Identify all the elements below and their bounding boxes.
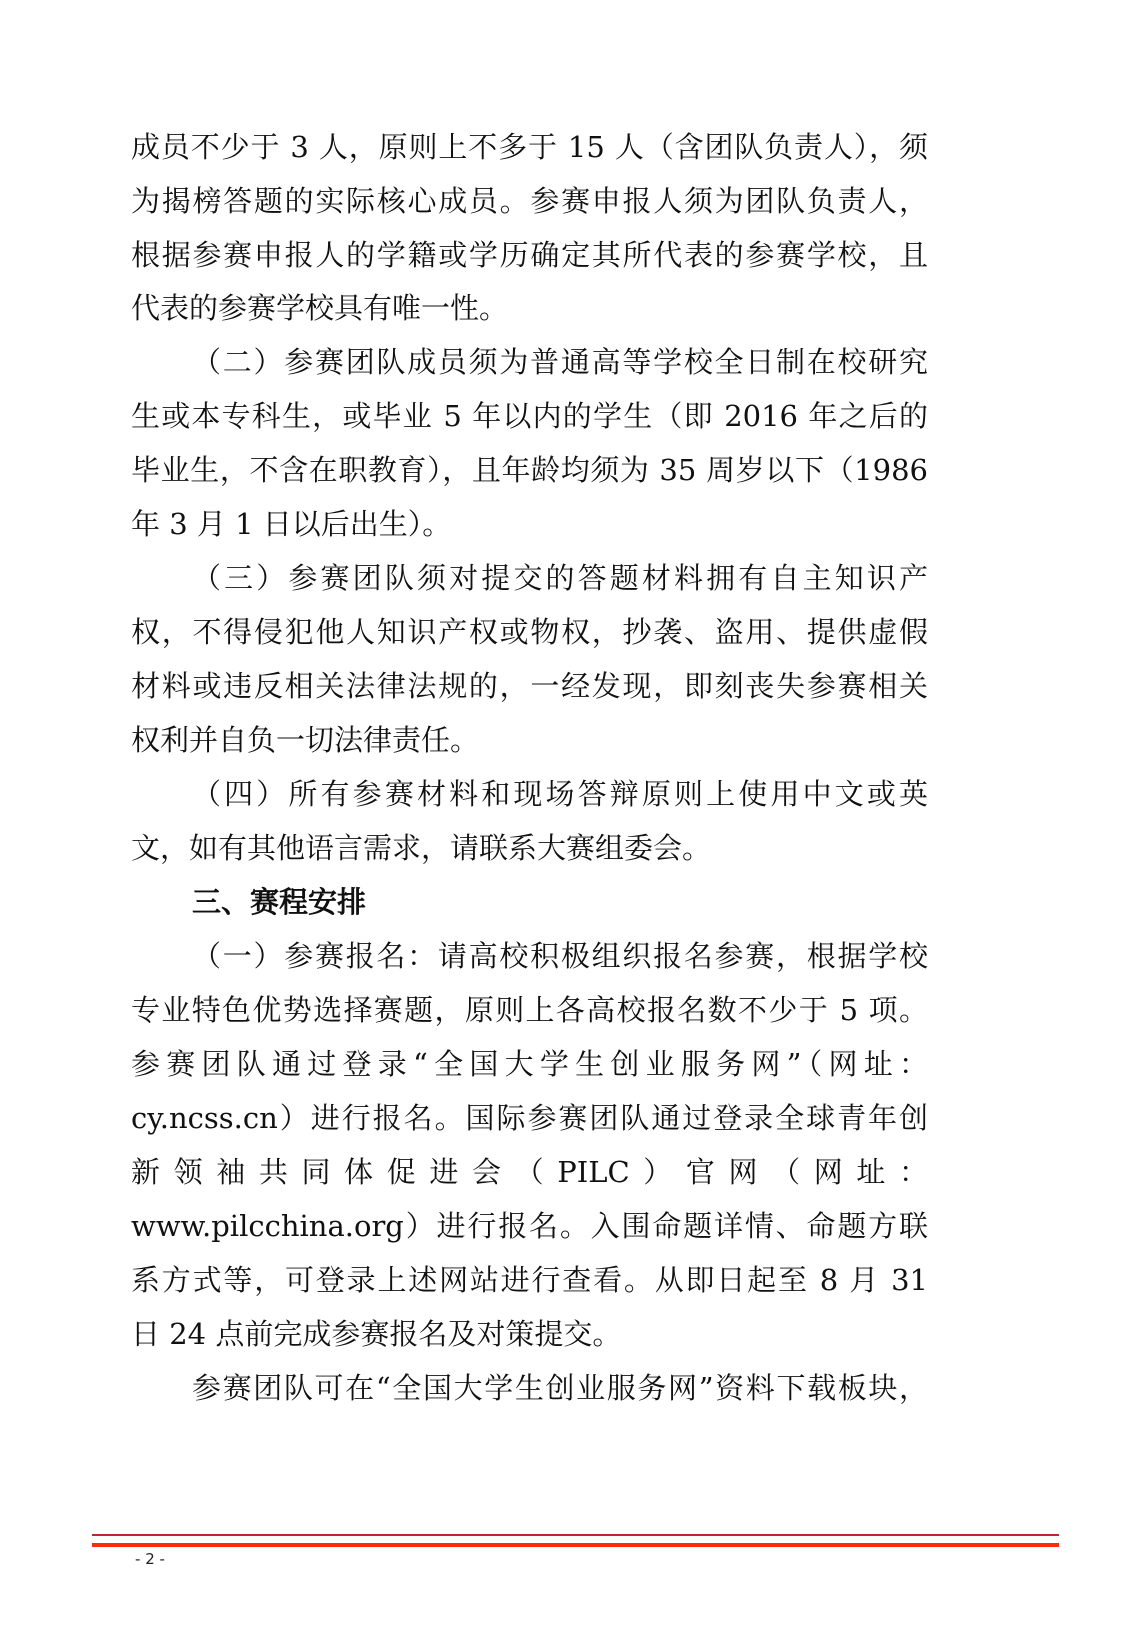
text-line: 毕业生，不含在职教育），且年龄均须为 35 周岁以下（1986 — [131, 450, 928, 490]
paragraph-start-line: 参赛团队可在“全国大学生创业服务网”资料下载板块， — [192, 1368, 928, 1408]
document-page: 成员不少于 3 人，原则上不多于 15 人（含团队负责人），须 为揭榜答题的实际… — [0, 0, 1136, 1634]
page-number: - 2 - — [130, 1550, 170, 1568]
text-line: 权，不得侵犯他人知识产权或物权，抄袭、盗用、提供虚假 — [131, 612, 928, 652]
footer-rule-thin — [92, 1534, 1059, 1536]
text-line: 权利并自负一切法律责任。 — [131, 720, 928, 760]
text-line: 材料或违反相关法律法规的，一经发现，即刻丧失参赛相关 — [131, 666, 928, 706]
text-line: 为揭榜答题的实际核心成员。参赛申报人须为团队负责人， — [131, 181, 928, 221]
text-line: 参赛团队通过登录“全国大学生创业服务网”（网址： — [131, 1044, 928, 1084]
paragraph-start-line: （一）参赛报名：请高校积极组织报名参赛，根据学校 — [192, 936, 928, 976]
text-line: 根据参赛申报人的学籍或学历确定其所代表的参赛学校，且 — [131, 235, 928, 275]
text-line: 文，如有其他语言需求，请联系大赛组委会。 — [131, 828, 928, 868]
paragraph-start-line: （四）所有参赛材料和现场答辩原则上使用中文或英 — [192, 774, 928, 814]
text-line: cy.ncss.cn）进行报名。国际参赛团队通过登录全球青年创 — [131, 1098, 928, 1138]
text-line: 日 24 点前完成参赛报名及对策提交。 — [131, 1314, 928, 1354]
paragraph-start-line: （三）参赛团队须对提交的答题材料拥有自主知识产 — [192, 558, 928, 598]
footer-rule-thick — [92, 1543, 1059, 1547]
paragraph-start-line: （二）参赛团队成员须为普通高等学校全日制在校研究 — [192, 342, 928, 382]
text-line: 生或本专科生，或毕业 5 年以内的学生（即 2016 年之后的 — [131, 396, 928, 436]
section-heading: 三、赛程安排 — [192, 882, 928, 922]
text-line: 系方式等，可登录上述网站进行查看。从即日起至 8 月 31 — [131, 1260, 928, 1300]
text-line: 新领袖共同体促进会（PILC）官网（网址： — [131, 1152, 928, 1192]
text-line: 代表的参赛学校具有唯一性。 — [131, 288, 928, 328]
text-line: 年 3 月 1 日以后出生）。 — [131, 504, 928, 544]
text-line: 专业特色优势选择赛题，原则上各高校报名数不少于 5 项。 — [131, 990, 928, 1030]
text-line: 成员不少于 3 人，原则上不多于 15 人（含团队负责人），须 — [131, 127, 928, 167]
text-line: www.pilcchina.org）进行报名。入围命题详情、命题方联 — [131, 1206, 928, 1246]
